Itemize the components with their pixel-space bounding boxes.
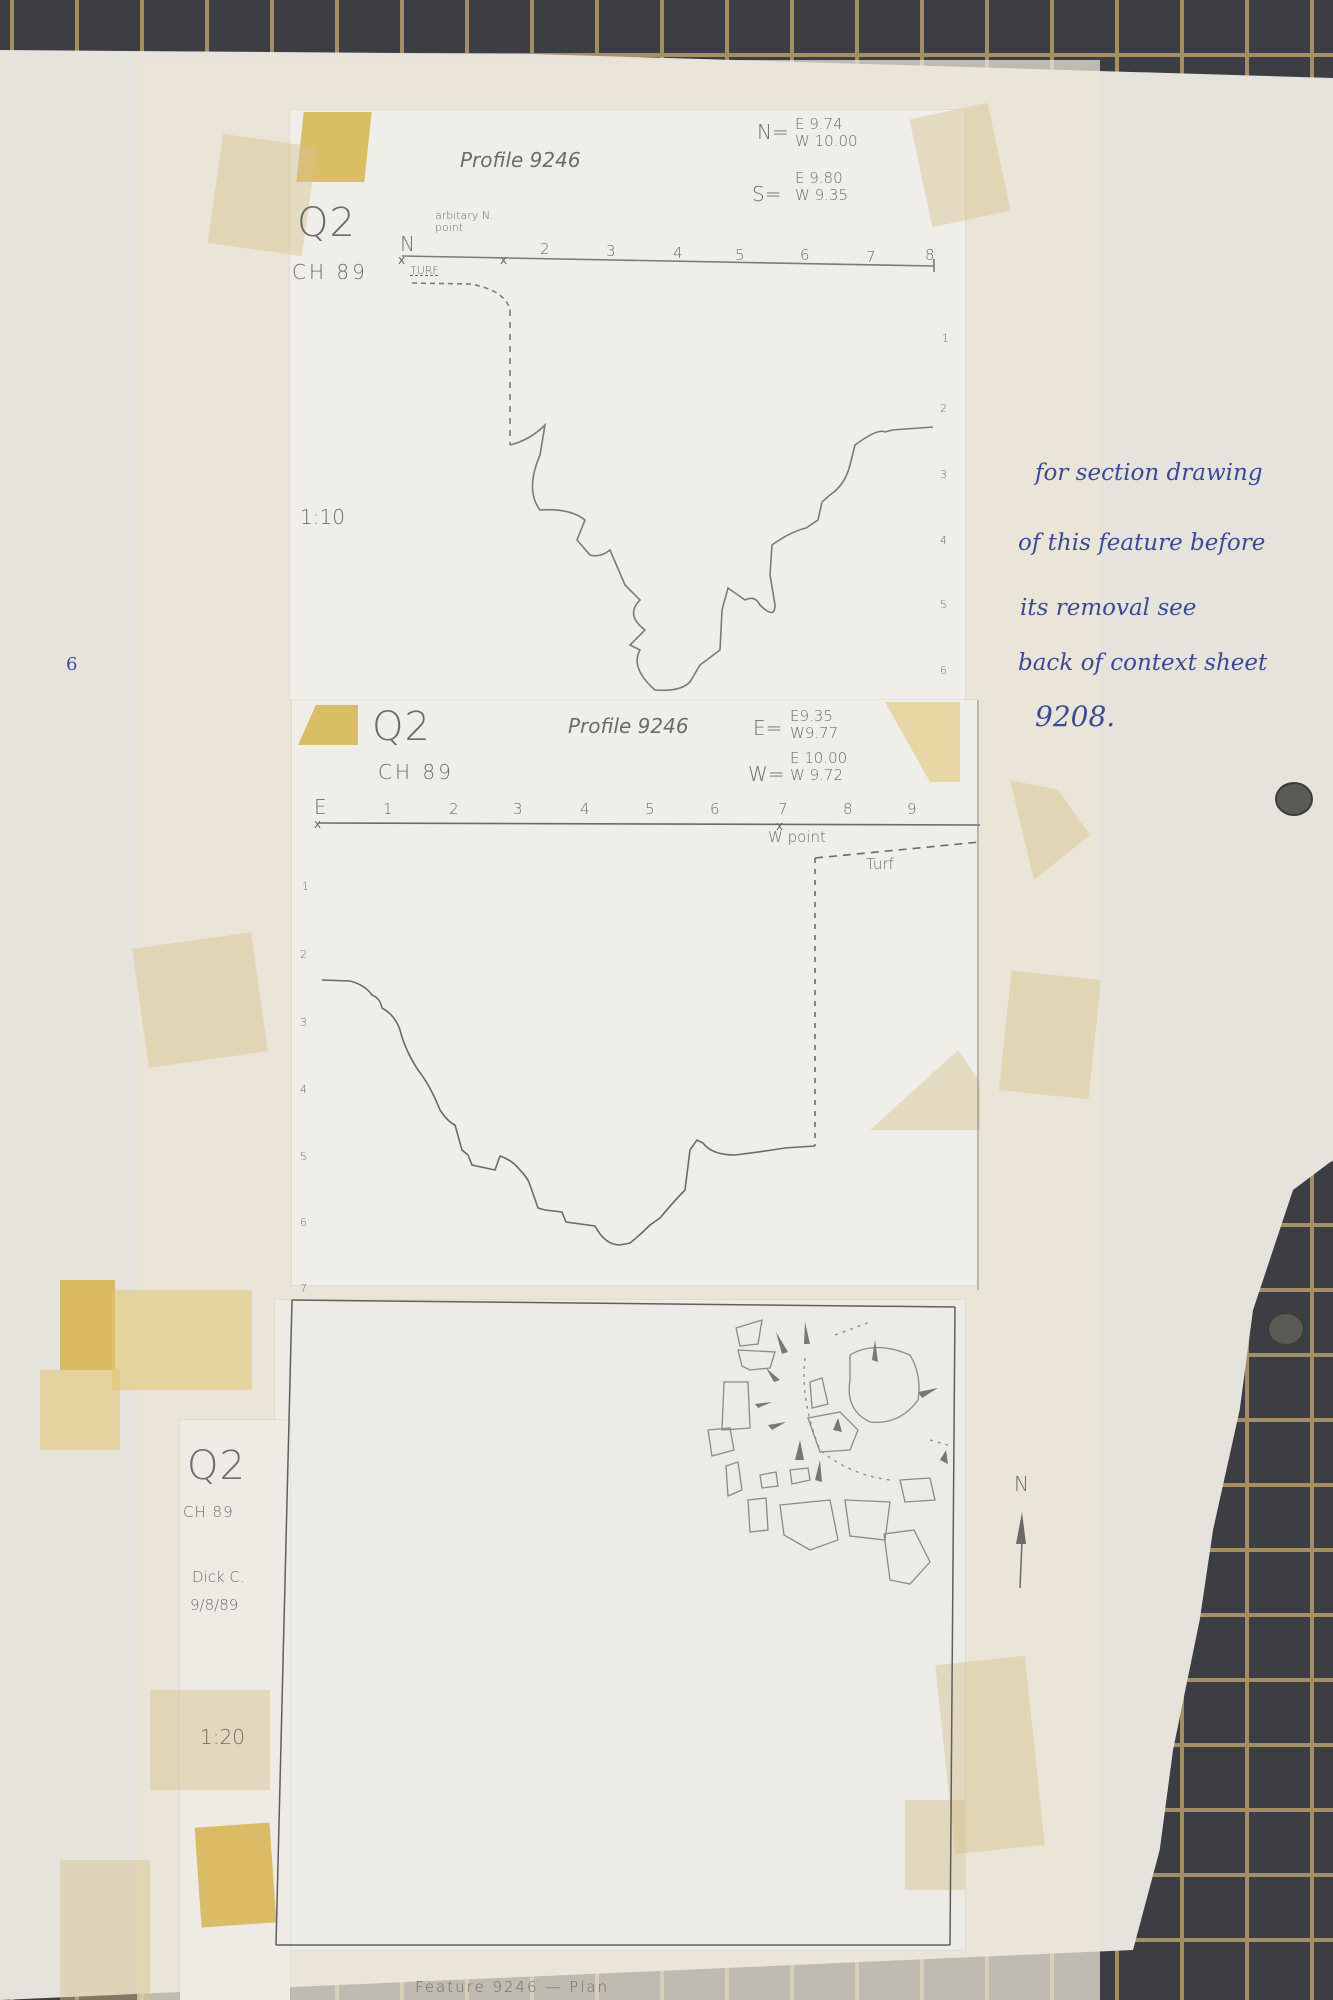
north-arrow-label: N [1014,1472,1029,1496]
north-arrow-icon [1008,1510,1038,1590]
plan-scale: 1:20 [200,1725,245,1749]
annotation-line-3: its removal see [1020,595,1196,621]
plan-site-code: CH 89 [183,1503,234,1521]
plan-trench-label: Q2 [187,1443,246,1489]
annotation-line-5: 9208. [1035,700,1115,733]
annotation-line-4: back of context sheet [1018,650,1267,676]
plan-date: 9/8/89 [190,1596,238,1614]
plan-caption: Feature 9246 — Plan [415,1978,609,1996]
plan-frame [0,0,1333,2000]
plan-recorder: Dick C. [192,1568,245,1586]
annotation-line-2: of this feature before [1018,530,1265,556]
annotation-line-1: for section drawing [1035,460,1263,486]
feature-plan-sketch [700,1300,960,1590]
